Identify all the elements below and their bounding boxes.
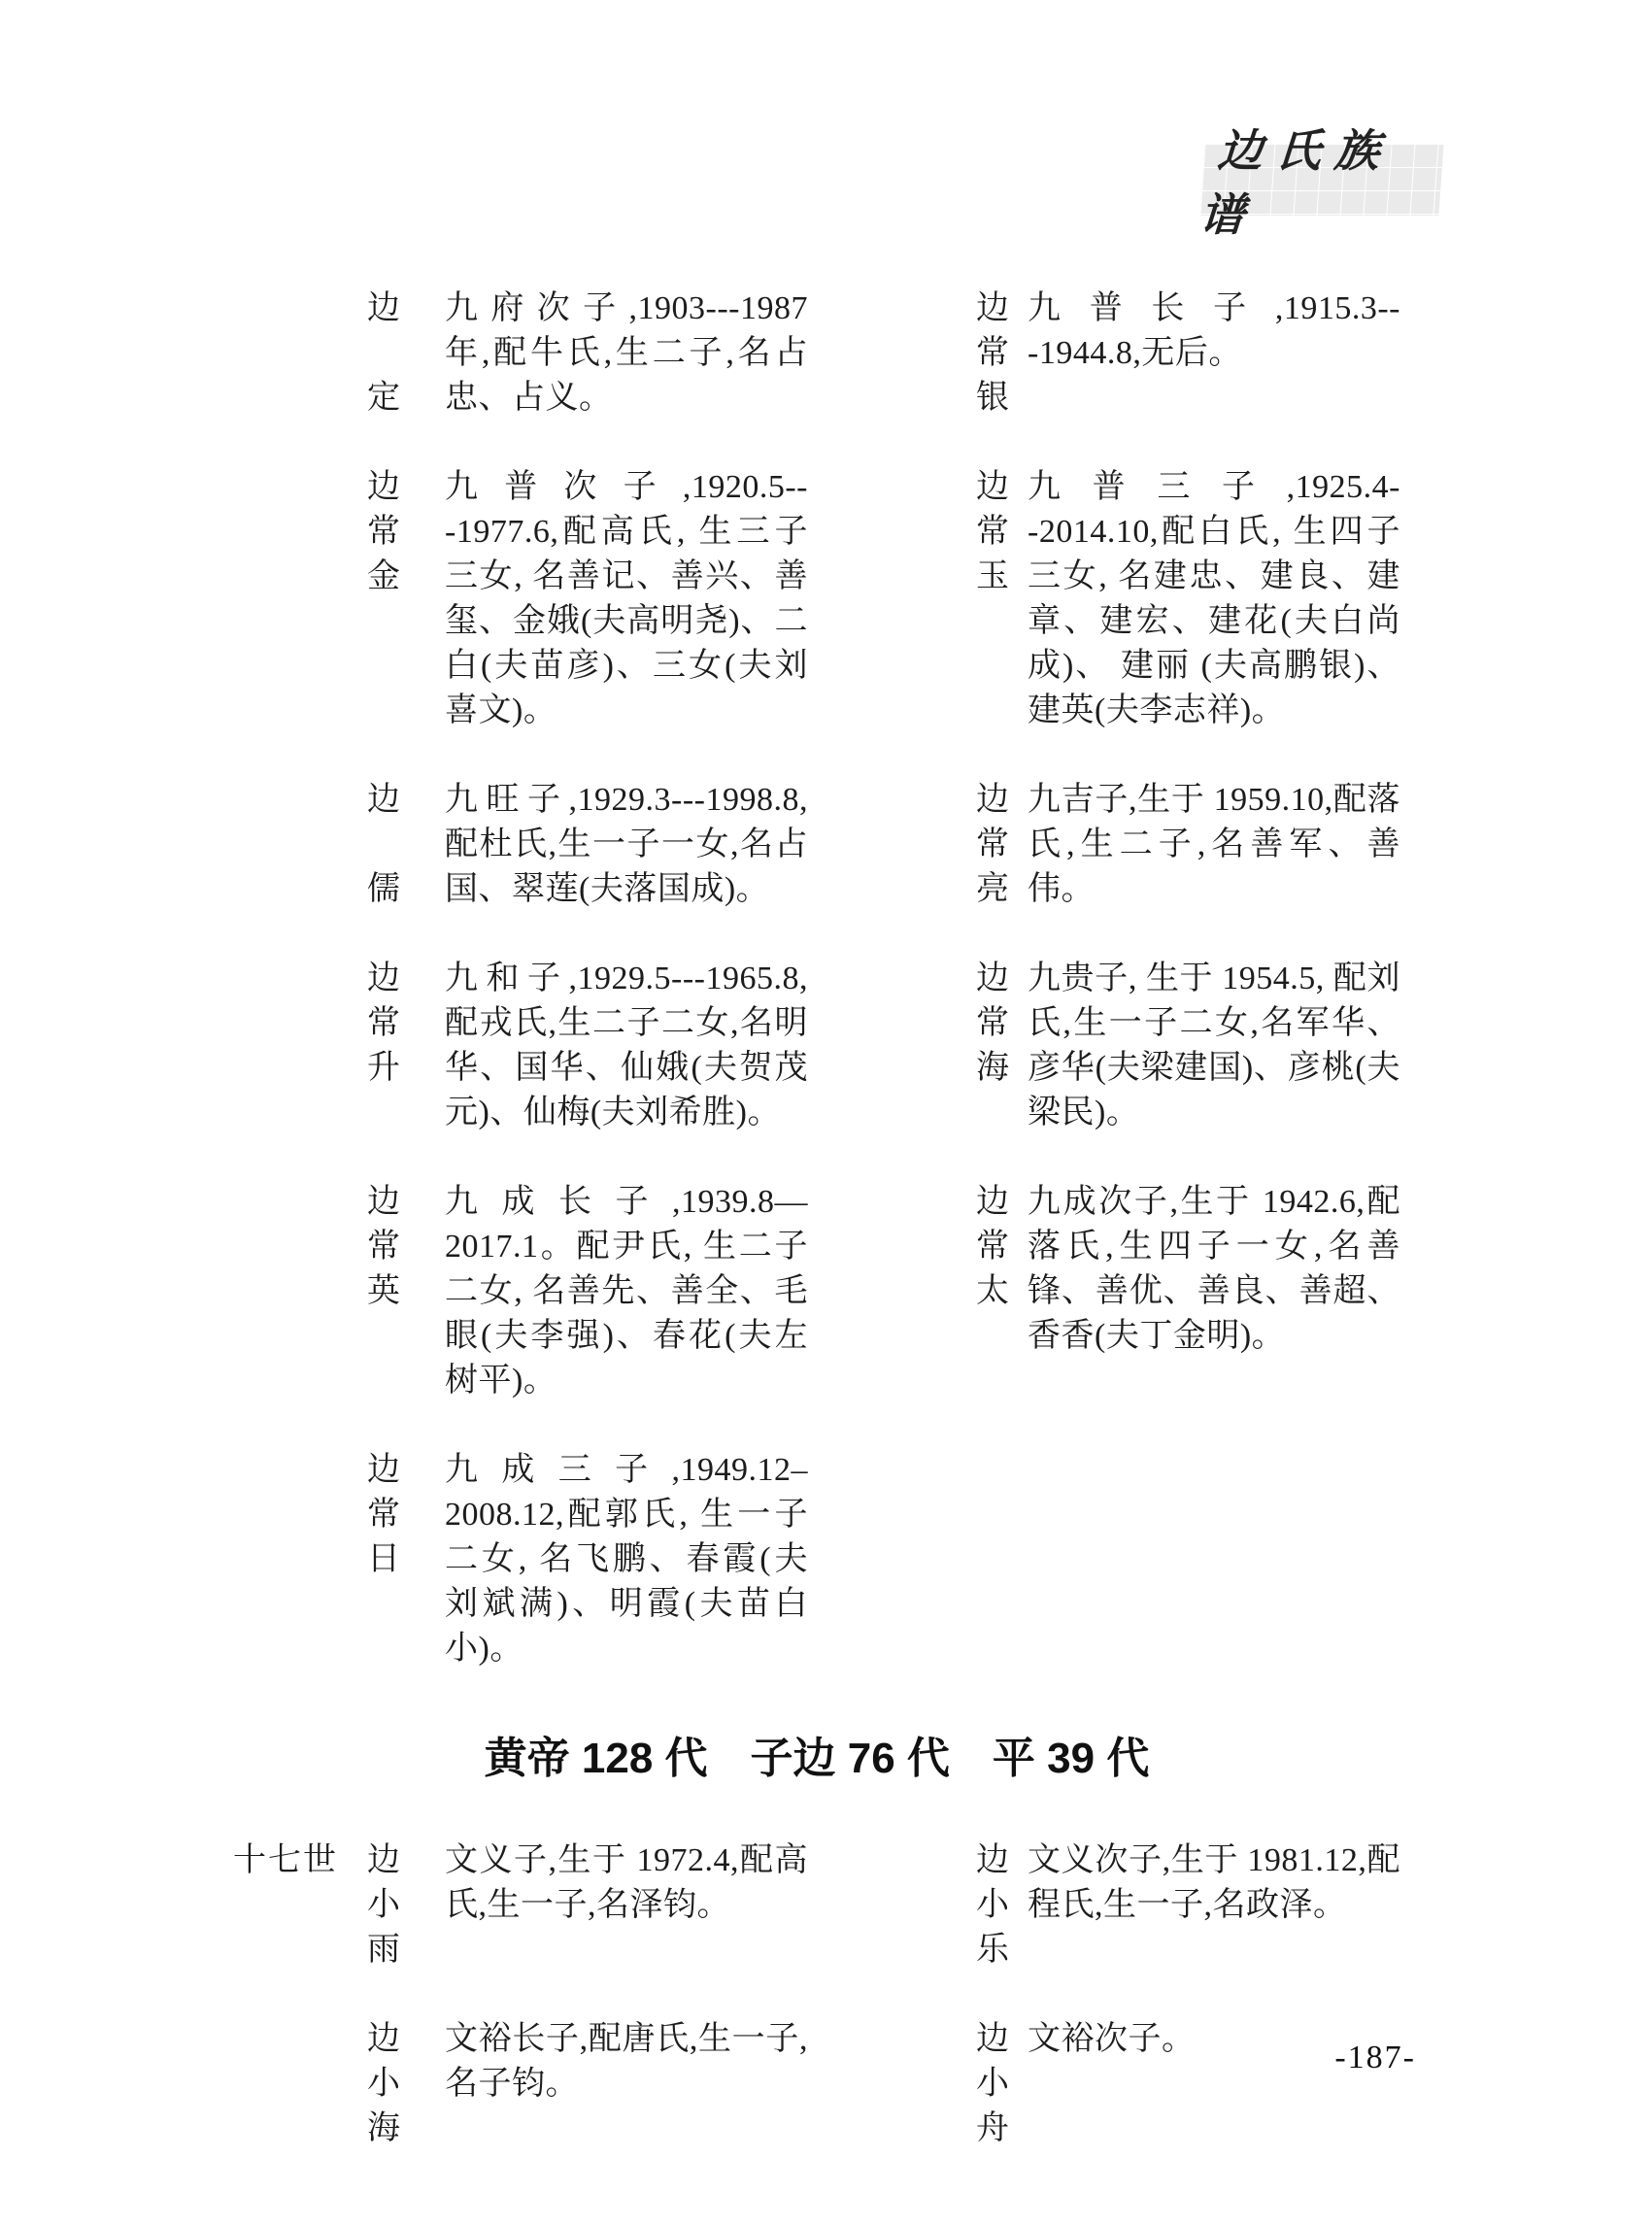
- generation-label-spacer: [233, 1448, 367, 1671]
- name-char: 常: [367, 1225, 445, 1269]
- name-char: 雨: [367, 1928, 445, 1973]
- name-char: 常: [976, 1225, 1028, 1269]
- name-char: 小: [367, 1883, 445, 1928]
- entry-name: 边小雨: [367, 1838, 445, 1973]
- column-gap: [808, 957, 976, 1135]
- entry-name: 边常玉: [976, 465, 1028, 733]
- entry-name: 边小舟: [976, 2017, 1028, 2151]
- entry-text: 九吉子,生于 1959.10,配落氏,生二子,名善军、善伟。: [1028, 778, 1400, 912]
- generation-label-spacer: [233, 2017, 367, 2151]
- name-char: 边: [367, 2017, 445, 2062]
- name-char: 常: [976, 1001, 1028, 1046]
- entry-name: [976, 1448, 1028, 1671]
- genealogy-row: 边小海 文裕长子,配唐氏,生一子,名子钧。 边小舟 文裕次子。: [233, 2017, 1652, 2151]
- column-gap: [808, 2017, 976, 2151]
- name-char: 边: [367, 1448, 445, 1493]
- entry-text: 九府次子,1903---1987 年,配牛氏,生二子,名占忠、占义。: [445, 287, 808, 421]
- name-char: 边: [367, 1180, 445, 1225]
- entry-text: 文裕次子。: [1028, 2017, 1400, 2151]
- entry-text: 九普次子,1920.5---1977.6,配高氏, 生三子三女, 名善记、善兴、…: [445, 465, 808, 733]
- name-char: 常: [367, 1493, 445, 1537]
- name-char: 银: [976, 376, 1028, 421]
- entry-text: 九普三子,1925.4--2014.10,配白氏, 生四子三女, 名建忠、建良、…: [1028, 465, 1400, 733]
- name-char: 边: [367, 957, 445, 1001]
- entry-text: [1028, 1448, 1400, 1671]
- column-gap: [808, 465, 976, 733]
- column-gap: [808, 1180, 976, 1403]
- name-char: 日: [367, 1537, 445, 1582]
- name-char: 舟: [976, 2107, 1028, 2151]
- genealogy-row: 边常英 九成长子,1939.8—2017.1。配尹氏, 生二子二女, 名善先、善…: [233, 1180, 1652, 1403]
- name-char: 太: [976, 1269, 1028, 1314]
- name-char: 边: [976, 1838, 1028, 1883]
- entry-name: 边小海: [367, 2017, 445, 2151]
- name-char: 边: [367, 778, 445, 823]
- book-title-badge: 边氏族谱: [1199, 144, 1443, 216]
- name-char: 常: [367, 510, 445, 555]
- column-gap: [808, 778, 976, 912]
- name-char: 小: [976, 1883, 1028, 1928]
- entry-text: 文义次子,生于 1981.12,配程氏,生一子,名政泽。: [1028, 1838, 1400, 1973]
- entry-name: 边常英: [367, 1180, 445, 1403]
- genealogy-row: 十七世 边小雨 文义子,生于 1972.4,配高氏,生一子,名泽钧。 边小乐 文…: [233, 1838, 1652, 1973]
- name-char: 边: [976, 465, 1028, 510]
- name-char: 边: [976, 287, 1028, 331]
- genealogy-page: 边氏族谱 边定 九府次子,1903---1987 年,配牛氏,生二子,名占忠、占…: [0, 0, 1652, 2226]
- name-char: 海: [976, 1046, 1028, 1091]
- name-char: 儒: [367, 867, 445, 912]
- entry-name: 边常金: [367, 465, 445, 733]
- entry-name: 边常亮: [976, 778, 1028, 912]
- column-gap: [808, 1448, 976, 1671]
- page-number: -187-: [1334, 2040, 1416, 2076]
- generation-label-spacer: [233, 778, 367, 912]
- page-content: 边定 九府次子,1903---1987 年,配牛氏,生二子,名占忠、占义。 边常…: [0, 0, 1652, 2151]
- entry-text: 九普长子,1915.3---1944.8,无后。: [1028, 287, 1400, 421]
- entry-name: 边定: [367, 287, 445, 421]
- entry-text: 九旺子,1929.3---1998.8,配杜氏,生一子一女,名占国、翠莲(夫落国…: [445, 778, 808, 912]
- entry-name: 边常银: [976, 287, 1028, 421]
- name-char: 常: [976, 823, 1028, 867]
- name-char: 常: [976, 510, 1028, 555]
- entry-text: 九成三子,1949.12–2008.12,配郭氏, 生一子二女, 名飞鹏、春霞(…: [445, 1448, 808, 1671]
- generation-label: 十七世: [233, 1838, 367, 1973]
- name-char: 边: [976, 2017, 1028, 2062]
- entry-name: 边常日: [367, 1448, 445, 1671]
- name-char: 英: [367, 1269, 445, 1314]
- name-char: 亮: [976, 867, 1028, 912]
- name-char: 边: [976, 957, 1028, 1001]
- name-char: 常: [367, 1001, 445, 1046]
- entry-text: 九和子,1929.5---1965.8,配戎氏,生二子二女,名明华、国华、仙娥(…: [445, 957, 808, 1135]
- generation-heading: 黄帝 128 代 子边 76 代 平 39 代: [233, 1730, 1400, 1788]
- genealogy-row: 边常金 九普次子,1920.5---1977.6,配高氏, 生三子三女, 名善记…: [233, 465, 1652, 733]
- name-char: 边: [367, 287, 445, 331]
- name-char: 升: [367, 1046, 445, 1091]
- entry-text: 九成长子,1939.8—2017.1。配尹氏, 生二子二女, 名善先、善全、毛眼…: [445, 1180, 808, 1403]
- entry-text: 文裕长子,配唐氏,生一子,名子钧。: [445, 2017, 808, 2151]
- name-char: 乐: [976, 1928, 1028, 1973]
- generation-label-spacer: [233, 1180, 367, 1403]
- name-char: 边: [976, 778, 1028, 823]
- genealogy-row: 边常日 九成三子,1949.12–2008.12,配郭氏, 生一子二女, 名飞鹏…: [233, 1448, 1652, 1671]
- column-gap: [808, 1838, 976, 1973]
- entry-name: 边儒: [367, 778, 445, 912]
- generation-label-spacer: [233, 465, 367, 733]
- genealogy-row: 边儒 九旺子,1929.3---1998.8,配杜氏,生一子一女,名占国、翠莲(…: [233, 778, 1652, 912]
- entry-text: 九贵子, 生于 1954.5, 配刘氏,生一子二女,名军华、彦华(夫梁建国)、彦…: [1028, 957, 1400, 1135]
- entry-name: 边常太: [976, 1180, 1028, 1403]
- genealogy-row: 边定 九府次子,1903---1987 年,配牛氏,生二子,名占忠、占义。 边常…: [233, 287, 1652, 421]
- entry-name: 边常升: [367, 957, 445, 1135]
- name-char: 小: [367, 2062, 445, 2107]
- entry-text: 文义子,生于 1972.4,配高氏,生一子,名泽钧。: [445, 1838, 808, 1973]
- name-char: 常: [976, 331, 1028, 376]
- genealogy-row: 边常升 九和子,1929.5---1965.8,配戎氏,生二子二女,名明华、国华…: [233, 957, 1652, 1135]
- generation-label-spacer: [233, 957, 367, 1135]
- name-char: 定: [367, 376, 445, 421]
- entry-text: 九成次子,生于 1942.6,配落氏,生四子一女,名善锋、善优、善良、善超、香香…: [1028, 1180, 1400, 1403]
- name-char: 边: [367, 465, 445, 510]
- generation-label-spacer: [233, 287, 367, 421]
- entry-name: 边小乐: [976, 1838, 1028, 1973]
- entry-name: 边常海: [976, 957, 1028, 1135]
- name-char: 玉: [976, 555, 1028, 599]
- name-char: 金: [367, 555, 445, 599]
- name-char: 海: [367, 2107, 445, 2151]
- column-gap: [808, 287, 976, 421]
- name-char: 小: [976, 2062, 1028, 2107]
- name-char: 边: [367, 1838, 445, 1883]
- name-char: 边: [976, 1180, 1028, 1225]
